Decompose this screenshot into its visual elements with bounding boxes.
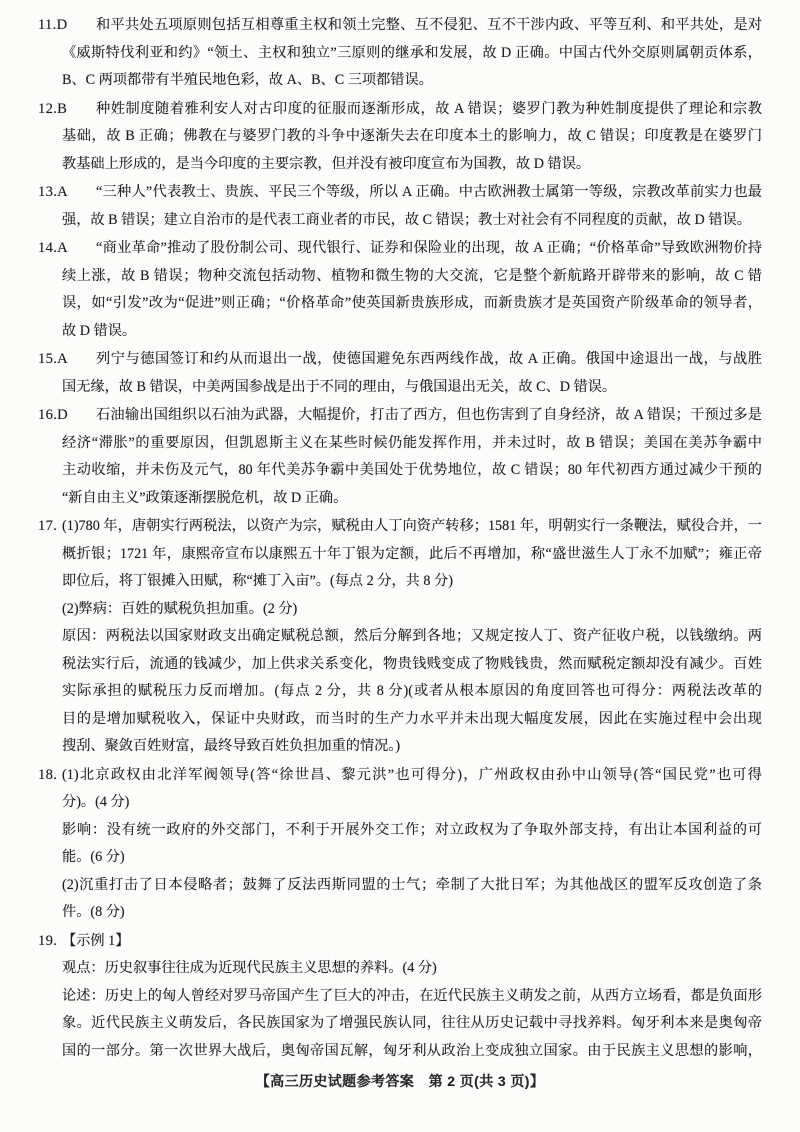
answer-line: “三种人”代表教士、贵族、平民三个等级，所以 A 正确。中古欧洲教士属第一等级，… [62, 179, 762, 207]
answer-line: “新自由主义”政策逐渐摆脱危机，故 D 正确。 [62, 485, 762, 513]
answer-number-13: 13.A [38, 179, 68, 207]
answer-line: 《威斯特伐利亚和约》“领土、主权和独立”三原则的继承和发展，故 D 正确。中国古… [62, 40, 762, 68]
answer-line: 强，故 B 错误；建立自治市的是代表工商业者的市民，故 C 错误；教士对社会有不… [62, 207, 762, 235]
answer-line: 税法实行后，流通的钱减少，加上供求关系变化，物贵钱贱变成了物贱钱贵，然而赋税定额… [62, 651, 762, 679]
answer-number-14: 14.A [38, 235, 68, 263]
answer-number-16: 16.D [38, 402, 68, 430]
answer-line: 观点：历史叙事往往成为近现代民族主义思想的养料。(4 分) [62, 955, 762, 983]
answer-line: 概折银；1721 年，康熙帝宣布以康熙五十年丁银为定额，此后不再增加，称“盛世滋… [62, 541, 762, 569]
answer-line: 实际承担的赋税压力反而增加。(每点 2 分，共 8 分)(或者从根本原因的角度回… [62, 678, 762, 706]
answer-line: “商业革命”推动了股份制公司、现代银行、证券和保险业的出现，故 A 正确；“价格… [62, 235, 762, 263]
answer-item-18: 18. (1)北京政权由北洋军阀领导(答“徐世昌、黎元洪”也可得分)，广州政权由… [38, 762, 762, 927]
answer-line: 【示例 1】 [62, 928, 762, 956]
answer-line: 基础，故 B 正确；佛教在与婆罗门教的斗争中逐渐失去在印度本土的影响力，故 C … [62, 123, 762, 151]
answer-line: 经济“滞胀”的重要原因，但凯恩斯主义在某些时候仍能发挥作用，并未过时，故 B 错… [62, 430, 762, 458]
answer-line: (2)沉重打击了日本侵略者；鼓舞了反法西斯同盟的士气；牵制了大批日军；为其他战区… [62, 872, 762, 900]
answer-number-12: 12.B [38, 96, 67, 124]
answer-line: 件。(8 分) [62, 899, 762, 927]
answer-line: 搜刮、聚敛百姓财富，最终导致百姓负担加重的情况。) [62, 733, 762, 761]
answer-number-18: 18. [38, 762, 57, 790]
answer-line: (1)北京政权由北洋军阀领导(答“徐世昌、黎元洪”也可得分)，广州政权由孙中山领… [62, 762, 762, 790]
answer-line: 分)。(4 分) [62, 789, 762, 817]
answer-item-17: 17. (1)780 年，唐朝实行两税法，以资产为宗，赋税由人丁向资产转移；15… [38, 513, 762, 761]
answer-item-13: 13.A “三种人”代表教士、贵族、平民三个等级，所以 A 正确。中古欧洲教士属… [38, 179, 762, 234]
answer-line: 象。近代民族主义萌发后，各民族国家为了增强民族认同，往往从历史记载中寻找养料。匈… [62, 1010, 762, 1038]
answer-line: B、C 两项都带有半殖民地色彩，故 A、B、C 三项都错误。 [62, 67, 762, 95]
answer-number-19: 19. [38, 928, 57, 956]
answer-item-12: 12.B 种姓制度随着雅利安人对古印度的征服而逐渐形成，故 A 错误；婆罗门教为… [38, 96, 762, 179]
answer-line: 续上涨，故 B 错误；物种交流包括动物、植物和微生物的大交流，它是整个新航路开辟… [62, 263, 762, 291]
answer-item-14: 14.A “商业革命”推动了股份制公司、现代银行、证券和保险业的出现，故 A 正… [38, 235, 762, 345]
answer-line: 目的是增加赋税收入，保证中央财政，而当时的生产力水平并未出现大幅度发展，因此在实… [62, 706, 762, 734]
answer-line: 种姓制度随着雅利安人对古印度的征服而逐渐形成，故 A 错误；婆罗门教为种姓制度提… [62, 96, 762, 124]
answer-item-15: 15.A 列宁与德国签订和约从而退出一战，使德国避免东西两线作战，故 A 正确。… [38, 346, 762, 401]
answer-line: 论述：历史上的匈人曾经对罗马帝国产生了巨大的冲击，在近代民族主义萌发之前，从西方… [62, 983, 762, 1011]
answer-line: 和平共处五项原则包括互相尊重主权和领土完整、互不侵犯、互不干涉内政、平等互利、和… [62, 12, 762, 40]
answer-line: 教基础上形成的，是当今印度的主要宗教，但并没有被印度宣布为国教，故 D 错误。 [62, 151, 762, 179]
answer-item-19: 19. 【示例 1】 观点：历史叙事往往成为近现代民族主义思想的养料。(4 分)… [38, 928, 762, 1066]
answer-item-11: 11.D 和平共处五项原则包括互相尊重主权和领土完整、互不侵犯、互不干涉内政、平… [38, 12, 762, 95]
answer-line: 列宁与德国签订和约从而退出一战，使德国避免东西两线作战，故 A 正确。俄国中途退… [62, 346, 762, 374]
answer-line: 石油输出国组织以石油为武器，大幅提价，打击了西方，但也伤害到了自身经济，故 A … [62, 402, 762, 430]
answer-line: 即位后，将丁银摊入田赋，称“摊丁入亩”。(每点 2 分，共 8 分) [62, 568, 762, 596]
answer-item-16: 16.D 石油输出国组织以石油为武器，大幅提价，打击了西方，但也伤害到了自身经济… [38, 402, 762, 512]
answer-line: 主动收缩，并未伤及元气，80 年代美苏争霸中美国处于优势地位，故 C 错误；80… [62, 457, 762, 485]
answer-number-17: 17. [38, 513, 57, 541]
answer-line: 影响：没有统一政府的外交部门，不利于开展外交工作；对立政权为了争取外部支持，有出… [62, 817, 762, 845]
page-footer: 【高三历史试题参考答案 第 2 页(共 3 页)】 [38, 1071, 762, 1091]
answer-line: 国无缘，故 B 错误，中美两国参战是出于不同的理由，与俄国退出无关，故 C、D … [62, 374, 762, 402]
answer-line: 误，如“引发”改为“促进”则正确；“价格革命”使英国新贵族形成，而新贵族才是英国… [62, 290, 762, 318]
answer-number-11: 11.D [38, 12, 67, 40]
answer-line: (1)780 年，唐朝实行两税法，以资产为宗，赋税由人丁向资产转移；1581 年… [62, 513, 762, 541]
answer-line: 国的一部分。第一次世界大战后，奥匈帝国瓦解，匈牙利从政治上变成独立国家。由于民族… [62, 1038, 762, 1066]
document-page: 11.D 和平共处五项原则包括互相尊重主权和领土完整、互不侵犯、互不干涉内政、平… [0, 0, 800, 1091]
answer-number-15: 15.A [38, 346, 68, 374]
answer-line: 故 D 错误。 [62, 318, 762, 346]
answer-line: 原因：两税法以国家财政支出确定赋税总额，然后分解到各地；又规定按人丁、资产征收户… [62, 623, 762, 651]
answer-line: (2)弊病：百姓的赋税负担加重。(2 分) [62, 596, 762, 624]
answer-line: 能。(6 分) [62, 844, 762, 872]
